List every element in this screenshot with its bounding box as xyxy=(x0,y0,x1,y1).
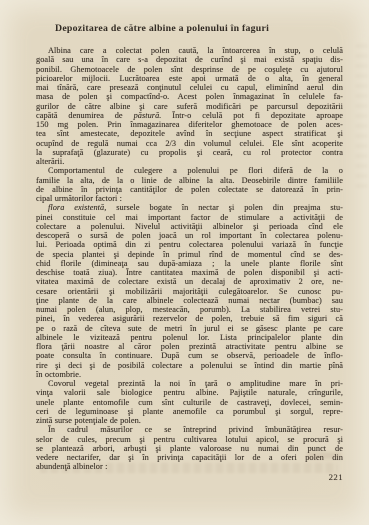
text-line: vitatea maximă de colectare există un de… xyxy=(36,277,343,286)
text-line: lui. Perioada optimă din zi pentru colec… xyxy=(36,240,343,249)
text-line: tea sînt amestecate, depozitele avînd în… xyxy=(36,129,343,138)
text-line: cesare orientării şi mobilizării majorit… xyxy=(36,287,343,296)
text-line: Comportamentul de culegere a polenului p… xyxy=(36,166,343,175)
text-line: poate consulta în continuare. După cum s… xyxy=(36,351,343,360)
text-line: ponibil. Ghemotoacele de polen sînt desp… xyxy=(36,65,343,74)
scanned-book-page: Depozitarea de către albine a polenului … xyxy=(0,0,369,525)
text-line: gurilor de către albine şi care suferă m… xyxy=(36,102,343,111)
ink-bleedthrough-smudge xyxy=(307,452,341,459)
paragraph: flora existentă, sursele bogate în necta… xyxy=(36,203,343,379)
text-line: ceri de leguminoase şi plante anemofile … xyxy=(36,407,343,416)
paragraph: Covorul vegetal prezintă la noi în ţară … xyxy=(36,379,343,425)
text-line: capătă denumirea de păstură. Într-o celu… xyxy=(36,111,343,120)
text-line: 150 mg polen. Prin înmagazinarea diferit… xyxy=(36,120,343,129)
text-line: de albine în privinţa cantităţilor de po… xyxy=(36,185,343,194)
text-line: chid florile (dimineaţa sau după-amiaza … xyxy=(36,259,343,268)
paragraph: Albina care a colectat polen caută, la î… xyxy=(36,46,343,166)
italic-term: flora existentă, xyxy=(48,203,106,212)
text-line: flora ţării noastre al căror polen prezi… xyxy=(36,342,343,351)
text-line: mai tînără, care presează conţinutul cel… xyxy=(36,83,343,92)
page-number: 221 xyxy=(329,472,343,482)
text-line: rire şi deci şi de posibilă colectare a … xyxy=(36,361,343,370)
text-line: zintă surse potenţiale de polen. xyxy=(36,416,343,425)
body-text: Albina care a colectat polen caută, la î… xyxy=(36,46,343,472)
italic-term: păstură. xyxy=(134,111,162,120)
text-line: în octombrie. xyxy=(36,370,343,379)
text-line: flora existentă, sursele bogate în necta… xyxy=(36,203,343,212)
text-line: ocupînd de regulă numai cca 2/3 din volu… xyxy=(36,139,343,148)
text-line: Covorul vegetal prezintă la noi în ţară … xyxy=(36,379,343,388)
text-line: picioarelor mijlocii. Lucrătoarea este a… xyxy=(36,74,343,83)
text-line: pe o rază de cîteva sute de metri în jur… xyxy=(36,324,343,333)
text-line: masa de polen şi compactînd-o. Acest pol… xyxy=(36,92,343,101)
text-segment: capătă denumirea de xyxy=(36,111,134,120)
text-line: colectare a polenului. Nivelul activităţ… xyxy=(36,222,343,231)
text-line: deschise toată ziua). Între cantitatea m… xyxy=(36,268,343,277)
ink-bleedthrough-edge-marks xyxy=(356,38,368,188)
text-line: la suprafaţă (glazurate) cu propolis şi … xyxy=(36,148,343,157)
text-line: descoperă o sursă de polen joacă un rol … xyxy=(36,231,343,240)
text-line: ţine plante de la care albinele colectea… xyxy=(36,296,343,305)
text-line: vedere nectarifer, dar şi în privinţa ca… xyxy=(36,453,343,462)
text-line: familie la alta, de la o linie de albine… xyxy=(36,176,343,185)
text-line: se plantează arbori, arbuşti şi plante v… xyxy=(36,444,343,453)
text-line: numai polen (alun, plop, mesteacăn, poru… xyxy=(36,305,343,314)
text-line: de specia plantei şi depinde în primul r… xyxy=(36,250,343,259)
text-segment: sursele bogate în nectar şi polen din pr… xyxy=(106,203,343,212)
text-line: pinei constituie cel mai important facto… xyxy=(36,213,343,222)
page-title: Depozitarea de către albine a polenului … xyxy=(36,23,343,34)
text-line: pinei, în vederea asigurării rezervelor … xyxy=(36,314,343,323)
text-line: Albina care a colectat polen caută, la î… xyxy=(36,46,343,55)
text-line: În cadrul măsurilor ce se întreprind pri… xyxy=(36,425,343,434)
text-line: alterării. xyxy=(36,157,343,166)
text-line: selor de cules, precum şi pentru cultiva… xyxy=(36,435,343,444)
text-line: goală sau una în care s-a depozitat de c… xyxy=(36,55,343,64)
ink-bleedthrough-marks xyxy=(40,463,338,473)
text-line: albinele le vizitează pentru polenul lor… xyxy=(36,333,343,342)
text-line: vinţa valorii sale biologice pentru albi… xyxy=(36,388,343,397)
paragraph: Comportamentul de culegere a polenului p… xyxy=(36,166,343,203)
text-segment: Într-o celulă pot fi depozitate aproape xyxy=(161,111,343,120)
text-line: unele plante entomofile cum sînt culturi… xyxy=(36,398,343,407)
text-line: cipal următorilor factori : xyxy=(36,194,343,203)
